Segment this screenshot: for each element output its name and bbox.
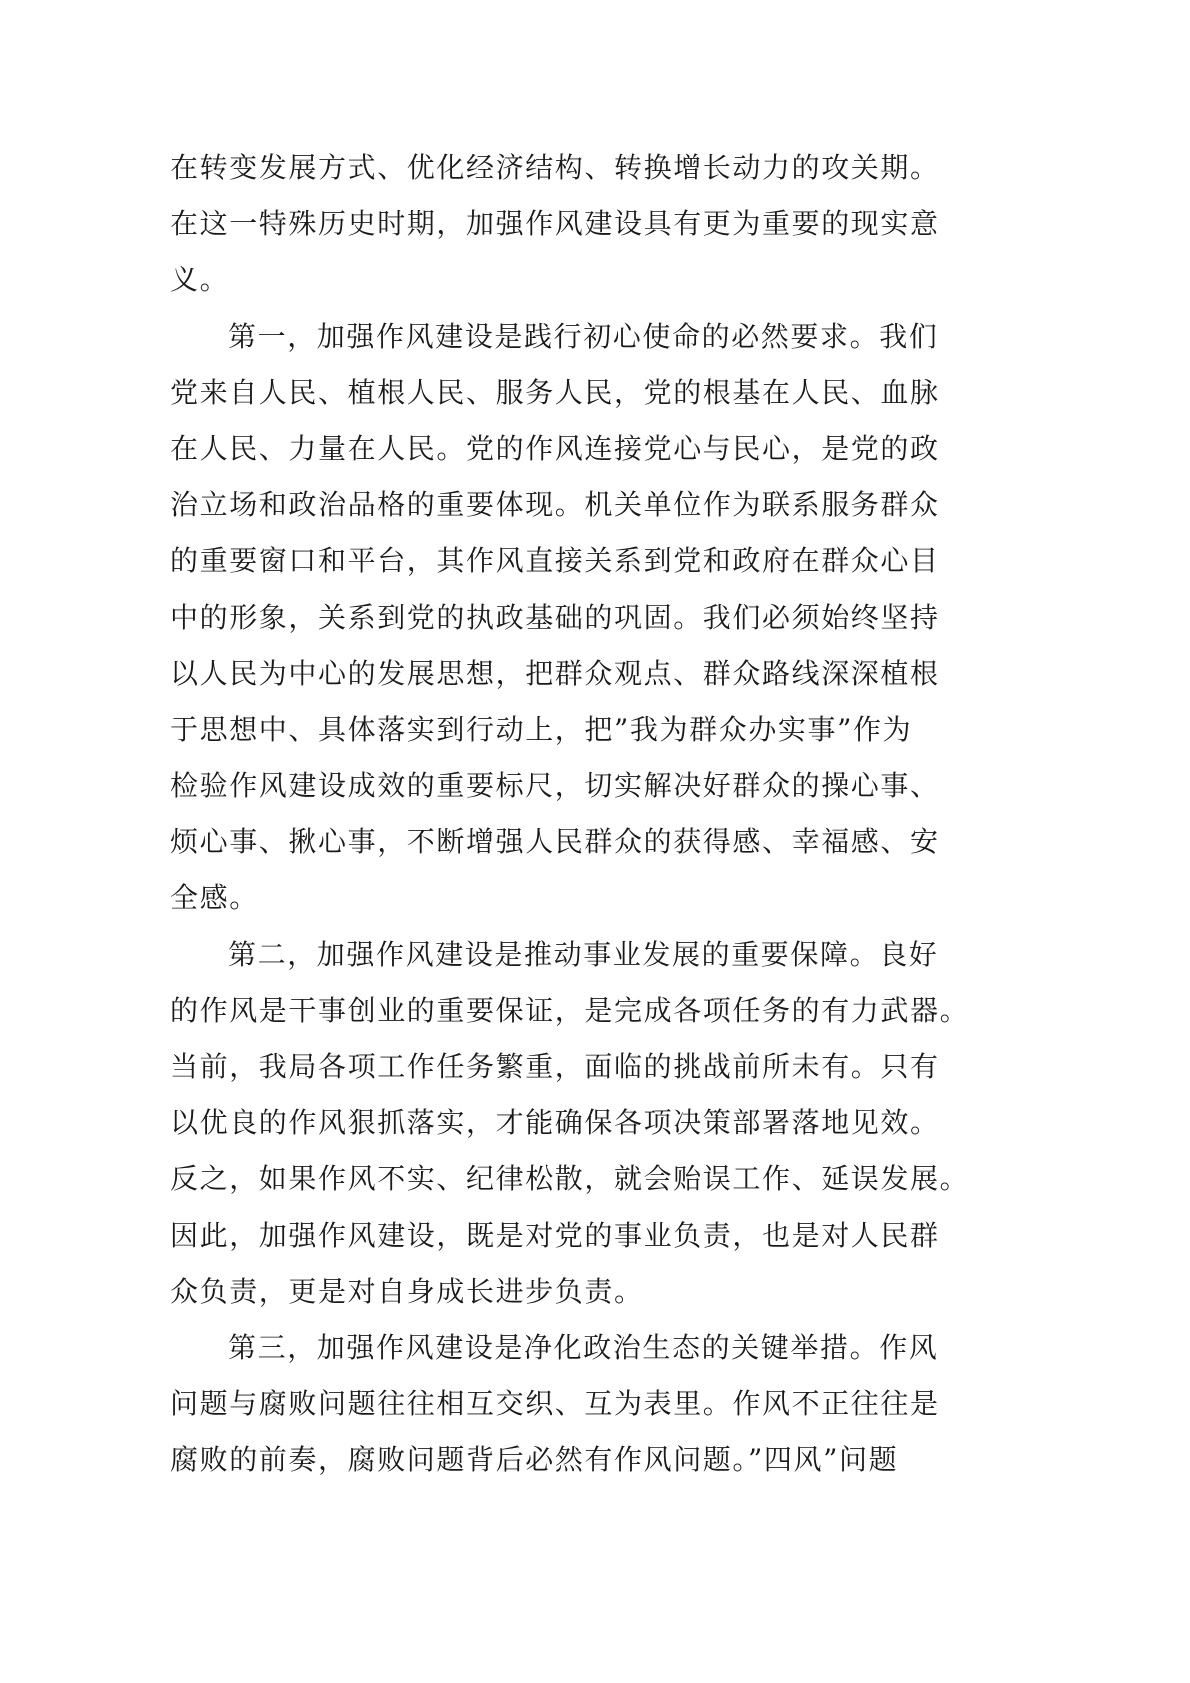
text-line: 的作风是干事创业的重要保证，是完成各项任务的有力武器。	[170, 983, 960, 1039]
text-line: 义。	[170, 252, 960, 308]
paragraph-first-line: 第二，加强作风建设是推动事业发展的重要保障。良好	[170, 927, 960, 983]
text-line: 反之，如果作风不实、纪律松散，就会贻误工作、延误发展。	[170, 1151, 960, 1207]
text-line: 全感。	[170, 870, 960, 926]
text-line: 的重要窗口和平台，其作风直接关系到党和政府在群众心目	[170, 533, 960, 589]
text-line: 治立场和政治品格的重要体现。机关单位作为联系服务群众	[170, 477, 960, 533]
paragraph-first-line: 第一，加强作风建设是践行初心使命的必然要求。我们	[170, 309, 960, 365]
text-line: 腐败的前奏，腐败问题背后必然有作风问题。”四风”问题	[170, 1432, 960, 1488]
text-line: 当前，我局各项工作任务繁重，面临的挑战前所未有。只有	[170, 1039, 960, 1095]
text-line: 以人民为中心的发展思想，把群众观点、群众路线深深植根	[170, 646, 960, 702]
text-line: 在这一特殊历史时期，加强作风建设具有更为重要的现实意	[170, 196, 960, 252]
text-line: 在转变发展方式、优化经济结构、转换增长动力的攻关期。	[170, 140, 960, 196]
text-line: 问题与腐败问题往往相互交织、互为表里。作风不正往往是	[170, 1376, 960, 1432]
text-line: 以优良的作风狠抓落实，才能确保各项决策部署落地见效。	[170, 1095, 960, 1151]
document-page: 在转变发展方式、优化经济结构、转换增长动力的攻关期。 在这一特殊历史时期，加强作…	[0, 0, 1190, 1683]
text-line: 检验作风建设成效的重要标尺，切实解决好群众的操心事、	[170, 758, 960, 814]
text-line: 在人民、力量在人民。党的作风连接党心与民心，是党的政	[170, 421, 960, 477]
text-line: 于思想中、具体落实到行动上，把”我为群众办实事”作为	[170, 702, 960, 758]
text-line: 众负责，更是对自身成长进步负责。	[170, 1264, 960, 1320]
text-line: 因此，加强作风建设，既是对党的事业负责，也是对人民群	[170, 1208, 960, 1264]
text-line: 党来自人民、植根人民、服务人民，党的根基在人民、血脉	[170, 365, 960, 421]
paragraph-first-line: 第三，加强作风建设是净化政治生态的关键举措。作风	[170, 1320, 960, 1376]
document-body: 在转变发展方式、优化经济结构、转换增长动力的攻关期。 在这一特殊历史时期，加强作…	[170, 140, 960, 1489]
text-line: 中的形象，关系到党的执政基础的巩固。我们必须始终坚持	[170, 590, 960, 646]
text-line: 烦心事、揪心事，不断增强人民群众的获得感、幸福感、安	[170, 814, 960, 870]
